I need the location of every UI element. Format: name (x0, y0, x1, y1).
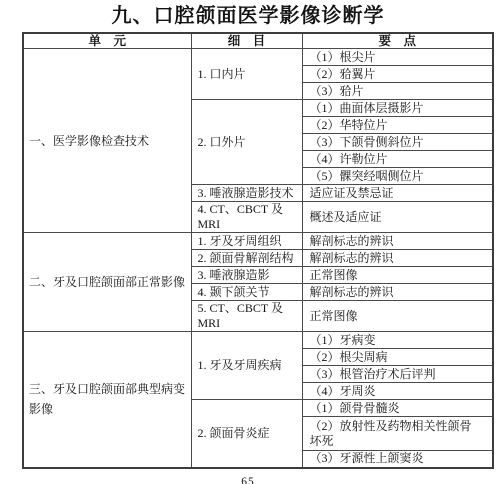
detail-cell: 1. 牙及牙周组织 (191, 233, 302, 250)
unit-cell-2: 二、牙及口腔颌面部正常影像 (23, 233, 191, 332)
page-title: 九、口腔颌面医学影像诊断学 (0, 4, 496, 28)
detail-cell: 2. 颌面骨炎症 (191, 400, 302, 468)
table-row: 一、医学影像检查技术 1. 口内片 （1）根尖片 (23, 49, 493, 66)
point-cell: （3）牙源性上颌窦炎 (302, 451, 493, 468)
page-number: 65 (0, 476, 496, 484)
document-page: 九、口腔颌面医学影像诊断学 单 元 细 目 要 点 一、医学影像检查技术 1. … (0, 0, 496, 484)
point-cell: （3）下颌骨侧斜位片 (302, 134, 493, 151)
header-unit: 单 元 (23, 33, 191, 49)
point-cell: 解剖标志的辨识 (302, 284, 493, 301)
detail-cell: 1. 牙及牙周疾病 (191, 332, 302, 400)
point-cell: （5）髁突经咽侧位片 (302, 168, 493, 185)
table-row: 三、牙及口腔颌面部典型病变影像 1. 牙及牙周疾病 （1）牙病变 (23, 332, 493, 349)
point-cell: （3）𬌗片 (302, 83, 493, 100)
detail-cell: 4. 颞下颌关节 (191, 284, 302, 301)
point-cell: （2）放射性及药物相关性颌骨 坏死 (302, 417, 493, 451)
point-cell: （1）牙病变 (302, 332, 493, 349)
point-cell: （1）根尖片 (302, 49, 493, 66)
point-cell: 概述及适应证 (302, 202, 493, 233)
table-row: 二、牙及口腔颌面部正常影像 1. 牙及牙周组织 解剖标志的辨识 (23, 233, 493, 250)
point-cell: 适应证及禁忌证 (302, 185, 493, 202)
table-header-row: 单 元 细 目 要 点 (23, 33, 493, 49)
header-detail: 细 目 (191, 33, 302, 49)
detail-cell: 3. 唾液腺造影技术 (191, 185, 302, 202)
point-cell: （4）牙周炎 (302, 383, 493, 400)
point-cell: （1）曲面体层摄影片 (302, 100, 493, 117)
detail-cell: 3. 唾液腺造影 (191, 267, 302, 284)
point-cell: 正常图像 (302, 267, 493, 284)
point-cell: （3）根管治疗术后评判 (302, 366, 493, 383)
point-cell: （4）许勒位片 (302, 151, 493, 168)
unit-cell-1: 一、医学影像检查技术 (23, 49, 191, 233)
detail-cell: 2. 颌面骨解剖结构 (191, 250, 302, 267)
unit-cell-3: 三、牙及口腔颌面部典型病变影像 (23, 332, 191, 468)
point-cell: （1）颌骨骨髓炎 (302, 400, 493, 417)
detail-cell: 5. CT、CBCT 及 MRI (191, 301, 302, 332)
point-cell: （2）𬌗翼片 (302, 66, 493, 83)
point-cell: 正常图像 (302, 301, 493, 332)
point-cell: （2）华特位片 (302, 117, 493, 134)
detail-cell: 1. 口内片 (191, 49, 302, 100)
detail-cell: 4. CT、CBCT 及 MRI (191, 202, 302, 233)
detail-cell: 2. 口外片 (191, 100, 302, 185)
point-cell: （2）根尖周病 (302, 349, 493, 366)
point-cell: 解剖标志的辨识 (302, 233, 493, 250)
header-points: 要 点 (302, 33, 493, 49)
point-cell: 解剖标志的辨识 (302, 250, 493, 267)
syllabus-table: 单 元 细 目 要 点 一、医学影像检查技术 1. 口内片 （1）根尖片 （2）… (22, 32, 494, 469)
